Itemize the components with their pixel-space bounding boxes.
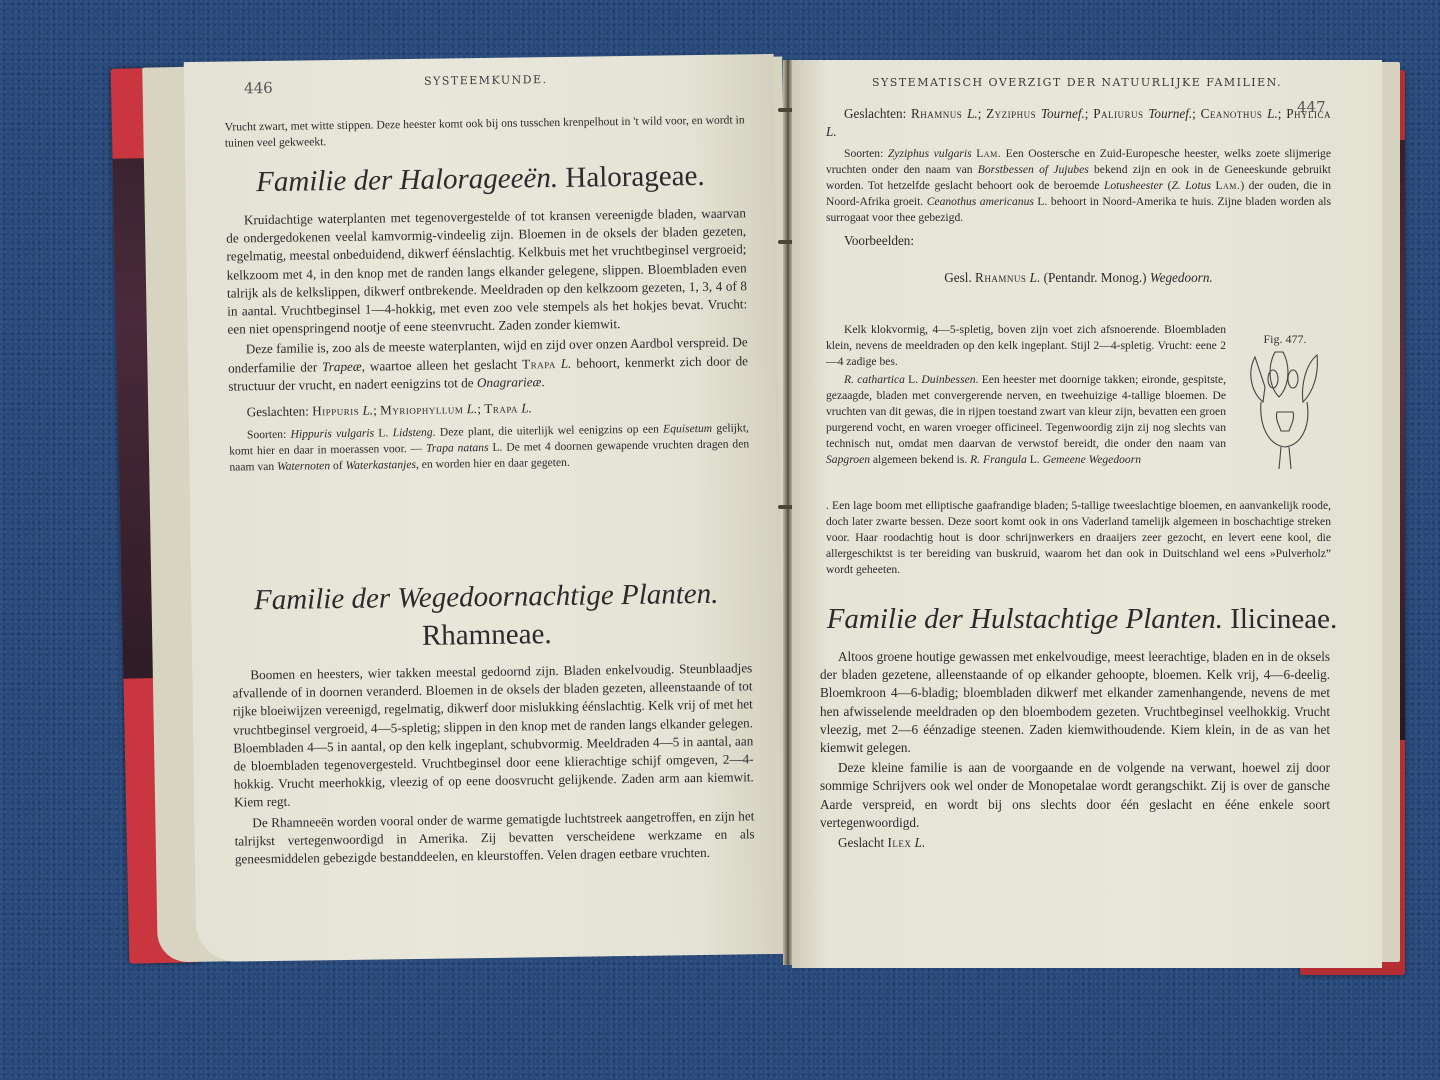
genera-list: Geslachten: Hippuris L.; Myriophyllum L.… xyxy=(229,396,749,421)
paragraph: Deze kleine familie is aan de voorgaande… xyxy=(820,759,1330,832)
paragraph: Boomen en heesters, wier takken meestal … xyxy=(232,659,754,812)
rhamnus-flower-icon xyxy=(1245,347,1325,472)
page-number: 446 xyxy=(244,79,273,97)
rhamnus-description: Kelk klokvormig, 4—5-spletig, boven zijn… xyxy=(826,322,1226,470)
paragraph: Deze familie is, zoo als de meeste water… xyxy=(228,334,749,396)
examples-label: Voorbeelden: xyxy=(826,232,1331,250)
genus-line: Geslacht Ilex L. xyxy=(820,834,1330,852)
family-heading-halorageae: Familie der Halorageeën. Halorageae. xyxy=(215,156,745,201)
family-heading-ilicineae: Familie der Hulstachtige Planten. Ilicin… xyxy=(812,600,1352,638)
paragraph: Altoos groene houtige gewassen met enkel… xyxy=(820,648,1330,757)
section-halorageae-body: Kruidachtige waterplanten met tegenoverg… xyxy=(226,204,750,477)
right-page[interactable]: SYSTEMATISCH OVERZIGT DER NATUURLIJKE FA… xyxy=(792,60,1382,968)
figure-477: Fig. 477. xyxy=(1240,332,1330,476)
figure-caption: Fig. 477. xyxy=(1240,332,1330,347)
frangula-description: . Een lage boom met elliptische gaafrand… xyxy=(826,498,1331,580)
paragraph: Kruidachtige waterplanten met tegenoverg… xyxy=(226,204,748,339)
section-rhamneae-body: Boomen en heesters, wier takken meestal … xyxy=(232,659,755,870)
left-page[interactable]: 446 SYSTEEMKUNDE. Vrucht zwart, met witt… xyxy=(184,54,787,962)
paragraph: De Rhamneeën worden vooral onder de warm… xyxy=(234,807,755,869)
species-note: Soorten: Zyziphus vulgaris Lam. Een Oost… xyxy=(826,146,1331,226)
carryover-text: Vrucht zwart, met witte stippen. Deze he… xyxy=(225,112,745,153)
running-head: SYSTEEMKUNDE. xyxy=(424,73,548,88)
species-note: Soorten: Hippuris vulgaris L. Lidsteng. … xyxy=(229,421,750,476)
running-head: SYSTEMATISCH OVERZIGT DER NATUURLIJKE FA… xyxy=(872,76,1282,89)
example-genus-heading: Gesl. Rhamnus L. (Pentandr. Monog.) Wege… xyxy=(826,269,1331,287)
family-heading-rhamneae: Familie der Wegedoornachtige Planten. Rh… xyxy=(221,574,752,657)
genera-list: Geslachten: Rhamnus L.; Zyziphus Tournef… xyxy=(826,105,1331,141)
rhamneae-continuation: Geslachten: Rhamnus L.; Zyziphus Tournef… xyxy=(826,105,1331,289)
section-ilicineae-body: Altoos groene houtige gewassen met enkel… xyxy=(820,648,1330,854)
